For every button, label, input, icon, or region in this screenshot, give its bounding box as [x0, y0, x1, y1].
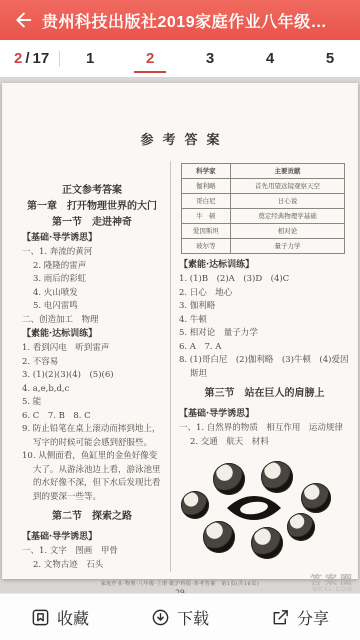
answer-line: 一、1. 奔流的黄河: [22, 246, 162, 260]
answer-line: 一、1. 自然界的物质 相互作用 运动规律: [179, 422, 350, 436]
answer-line: 5. 能: [22, 396, 162, 410]
arrow-left-icon: [11, 9, 33, 31]
chapter-heading: 第一章 打开物理世界的大门: [22, 199, 162, 215]
watermark: 答案圈 WKXL.COM: [310, 574, 355, 594]
back-button[interactable]: [10, 8, 34, 32]
page-columns: 正文参考答案 第一章 打开物理世界的大门 第一节 走进神奇 【基础·导学诱思】 …: [2, 161, 358, 572]
page-title: 贵州科技出版社2019家庭作业八年级…: [42, 9, 350, 32]
answer-line: 2. 隆隆的雷声: [22, 260, 162, 274]
cartoon-vignette: [213, 463, 245, 495]
page-tab-3[interactable]: 3: [200, 41, 220, 76]
page-position: 2 / 17: [0, 50, 59, 67]
table-row: 伽利略 首先用望远镜观察天空: [182, 179, 345, 194]
table-cell: 牛 顿: [182, 209, 231, 224]
table-cell: 日心说: [230, 194, 344, 209]
answers-title: 参考答案: [2, 83, 358, 148]
table-cell: 奠定经典物理学基础: [230, 209, 344, 224]
answer-line: 5. 相对论 量子力学: [179, 327, 350, 341]
answer-line: 10. 从侧面看，鱼缸里的金鱼好像变大了。从游泳池边上看，游泳池里的水好像不深，…: [22, 450, 162, 504]
answer-line: 一、1. 文字 图画 甲骨: [22, 545, 162, 559]
answer-line: 3. 伽利略: [179, 300, 350, 314]
answer-line: 3. 雨后的彩虹: [22, 273, 162, 287]
scanned-page: 参考答案 正文参考答案 第一章 打开物理世界的大门 第一节 走进神奇 【基础·导…: [2, 83, 358, 579]
left-column: 正文参考答案 第一章 打开物理世界的大门 第一节 走进神奇 【基础·导学诱思】 …: [22, 161, 170, 572]
answer-line: 3. (1)(2)(3)(4) (5)(6): [22, 369, 162, 383]
document-viewer[interactable]: 参考答案 正文参考答案 第一章 打开物理世界的大门 第一节 走进神奇 【基础·导…: [0, 77, 360, 594]
total-pages: 17: [33, 50, 50, 67]
answer-line: 6. C 7. B 8. C: [22, 410, 162, 424]
answer-line: 2. 交通 航天 材料: [179, 436, 350, 450]
table-header-cell: 主要贡献: [230, 164, 344, 179]
cartoon-vignette: [181, 491, 209, 519]
answer-line: 6. A 7. A: [179, 341, 350, 355]
pagination-bar: 2 / 17 1 2 3 4 5: [0, 40, 360, 77]
cartoon-vignette: [287, 513, 315, 541]
answer-line: 4. 火山喷发: [22, 287, 162, 301]
right-column: 科学家 主要贡献 伽利略 首先用望远镜观察天空 哥白尼 日心说 牛 顿: [170, 161, 350, 572]
table-row: 玻尔等 量子力学: [182, 239, 345, 254]
favorite-button[interactable]: 收藏: [31, 606, 89, 629]
answer-line: 8. (1)哥白尼 (2)伽利略 (3)牛顿 (4)爱因斯坦: [179, 354, 350, 381]
cartoon-vignette: [251, 527, 283, 559]
answer-line: 1. 看到闪电 听到雷声: [22, 342, 162, 356]
table-cell: 玻尔等: [182, 239, 231, 254]
table-cell: 量子力学: [230, 239, 344, 254]
share-button[interactable]: 分享: [271, 606, 329, 629]
lesson-heading: 第一节 走进神奇: [22, 215, 162, 231]
table-header-cell: 科学家: [182, 164, 231, 179]
section-heading: 正文参考答案: [22, 183, 162, 199]
share-icon: [271, 608, 290, 627]
bottom-toolbar: 收藏 下载 分享: [0, 593, 360, 640]
page-slash: /: [25, 50, 29, 67]
answer-line: 9. 防止铅笔在桌上滚动而摔到地上，写字的时候可能会感到舒服些。: [22, 423, 162, 450]
cartoon-vignette: [301, 483, 331, 513]
download-label: 下载: [177, 606, 209, 629]
physics-applications-illustration: [179, 455, 350, 559]
table-row: 哥白尼 日心说: [182, 194, 345, 209]
cartoon-vignette: [203, 521, 235, 553]
table-row: 爱因斯坦 相对论: [182, 224, 345, 239]
download-button[interactable]: 下载: [151, 606, 209, 629]
answer-line: 5. 电闪雷鸣: [22, 300, 162, 314]
download-icon: [151, 608, 170, 627]
app-header: 贵州科技出版社2019家庭作业八年级…: [0, 0, 360, 40]
favorite-label: 收藏: [57, 606, 89, 629]
scientists-table: 科学家 主要贡献 伽利略 首先用望远镜观察天空 哥白尼 日心说 牛 顿: [181, 163, 345, 254]
block-heading: 【素能·达标训练】: [22, 327, 162, 342]
page-tab-1[interactable]: 1: [80, 41, 100, 76]
table-cell: 哥白尼: [182, 194, 231, 209]
block-heading: 【素能·达标训练】: [179, 258, 350, 273]
answer-line: 2. 文物古迹 石头: [22, 559, 162, 573]
answer-line: 1. (1)B (2)A (3)D (4)C: [179, 273, 350, 287]
eye-logo-icon: [225, 495, 283, 521]
app-window: 贵州科技出版社2019家庭作业八年级… 2 / 17 1 2 3 4 5 参考答…: [0, 0, 360, 640]
page-tabs: 1 2 3 4 5: [60, 41, 360, 76]
answer-line: 2. 日心 地心: [179, 287, 350, 301]
bookmark-icon: [31, 608, 50, 627]
lesson-heading: 第三节 站在巨人的肩膀上: [179, 386, 350, 402]
current-page: 2: [14, 50, 22, 67]
block-heading: 【基础·导学诱思】: [22, 530, 162, 545]
block-heading: 【基础·导学诱思】: [22, 231, 162, 246]
table-cell: 伽利略: [182, 179, 231, 194]
answer-line: 二、创造加工 物理: [22, 314, 162, 328]
answer-line: 2. 不容易: [22, 356, 162, 370]
watermark-logo-text: 答案圈: [310, 574, 355, 586]
cartoon-vignette: [261, 461, 293, 493]
share-label: 分享: [297, 606, 329, 629]
page-tab-5[interactable]: 5: [320, 41, 340, 76]
answer-line: 4. 牛顿: [179, 314, 350, 328]
answer-line: 4. a,e,b,d,c: [22, 383, 162, 397]
table-cell: 爱因斯坦: [182, 224, 231, 239]
book-footer-line: 家庭作业·物理·八年级·上册·配沪科版·参考答案 第1页(共16页): [2, 580, 358, 587]
table-cell: 首先用望远镜观察天空: [230, 179, 344, 194]
table-cell: 相对论: [230, 224, 344, 239]
block-heading: 【基础·导学诱思】: [179, 407, 350, 422]
page-tab-2[interactable]: 2: [140, 41, 160, 76]
page-tab-4[interactable]: 4: [260, 41, 280, 76]
lesson-heading: 第二节 探索之路: [22, 509, 162, 525]
table-row: 牛 顿 奠定经典物理学基础: [182, 209, 345, 224]
